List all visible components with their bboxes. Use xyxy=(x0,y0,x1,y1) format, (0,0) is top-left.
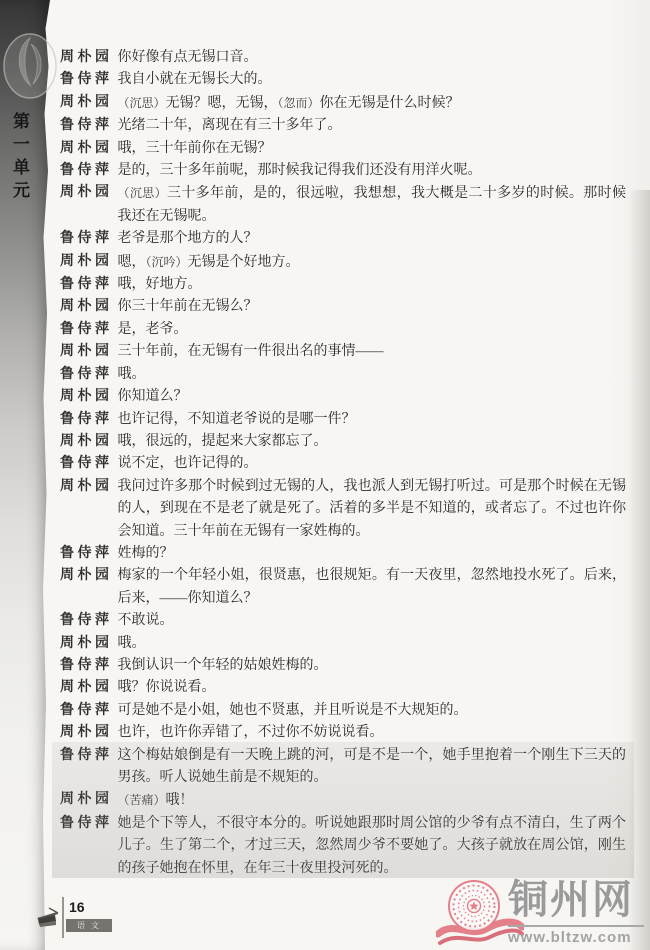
speaker-name: 周朴园 xyxy=(60,722,113,744)
speaker-name: 周朴园 xyxy=(60,251,113,273)
dialogue-row: 周朴园（沉思）三十多年前，是的，很远啦，我想想，我大概是二十多岁的时候。那时候我… xyxy=(60,182,626,228)
dialogue-line: （苦痛）哦！ xyxy=(118,789,627,812)
stage-direction: （沉思） xyxy=(118,186,167,200)
speech-text: 嗯， xyxy=(118,255,146,270)
dialogue-line: 梅家的一个年轻小姐，很贤惠，也很规矩。有一天夜里，忽然地投水死了。后来，后来，—… xyxy=(118,565,627,610)
dialogue-line: 可是她不是小姐，她也不贤惠，并且听说是不大规矩的。 xyxy=(118,700,627,722)
dialogue-line: 哦。 xyxy=(118,364,627,386)
dialogue-row: 鲁侍萍哦，好地方。 xyxy=(60,274,626,296)
dialogue-line: 是的，三十多年前呢，那时候我记得我们还没有用洋火呢。 xyxy=(118,160,627,182)
speech-text: 无锡是个好地方。 xyxy=(188,255,300,270)
dialogue-line: 哦？你说说看。 xyxy=(118,677,627,699)
subject-badge: 语文 xyxy=(66,919,112,932)
dialogue-line: 三十年前，在无锡有一件很出名的事情—— xyxy=(118,341,627,363)
dialogue-row: 周朴园哦。 xyxy=(60,633,626,655)
dialogue-row: 鲁侍萍也许记得，不知道老爷说的是哪一件？ xyxy=(60,409,626,431)
dialogue-row: 周朴园也许，也许你弄错了，不过你不妨说说看。 xyxy=(60,722,626,744)
dialogue-line: 哦，三十年前你在无锡？ xyxy=(118,138,627,160)
speech-text: 无锡？嗯，无锡， xyxy=(166,96,278,111)
dialogue-line: 嗯，（沉吟）无锡是个好地方。 xyxy=(118,251,627,274)
speaker-name: 周朴园 xyxy=(60,789,113,811)
speaker-name: 周朴园 xyxy=(60,138,113,160)
speech-text: 哦。 xyxy=(118,636,146,651)
speaker-name: 鲁侍萍 xyxy=(60,319,113,341)
dialogue-row: 鲁侍萍光绪二十年，离现在有三十多年了。 xyxy=(60,115,626,137)
dialogue-line: 她是个下等人，不很守本分的。听说她跟那时周公馆的少爷有点不清白，生了两个儿子。生… xyxy=(118,813,627,880)
speaker-name: 周朴园 xyxy=(60,47,113,69)
speech-text: 也许，也许你弄错了，不过你不妨说说看。 xyxy=(118,725,384,740)
dialogue-row: 鲁侍萍是的，三十多年前呢，那时候我记得我们还没有用洋火呢。 xyxy=(60,160,626,182)
speaker-name: 鲁侍萍 xyxy=(60,745,113,767)
speech-text: 梅家的一个年轻小姐，很贤惠，也很规矩。有一天夜里，忽然地投水死了。后来，后来，—… xyxy=(118,568,627,605)
speech-text: 老爷是那个地方的人？ xyxy=(118,231,258,246)
stage-direction: （苦痛） xyxy=(118,793,166,807)
speaker-name: 鲁侍萍 xyxy=(60,813,113,835)
dialogue-line: （沉思）无锡？嗯，无锡，（忽而）你在无锡是什么时候？ xyxy=(118,92,627,115)
stage-direction: （沉思） xyxy=(118,96,166,110)
speaker-name: 周朴园 xyxy=(60,386,113,408)
speech-text: 我自小就在无锡长大的。 xyxy=(118,72,272,87)
dialogue-row: 鲁侍萍我倒认识一个年轻的姑娘姓梅的。 xyxy=(60,655,626,677)
watermark-seal-icon xyxy=(446,878,502,939)
speech-text: 这个梅姑娘倒是有一天晚上跳的河，可是不是一个，她手里抱着一个刚生下三天的男孩。听… xyxy=(118,748,627,785)
dialogue-row: 周朴园哦，三十年前你在无锡？ xyxy=(60,138,626,160)
dialogue-line: （沉思）三十多年前，是的，很远啦，我想想，我大概是二十多岁的时候。那时候我还在无… xyxy=(118,182,627,228)
speaker-name: 鲁侍萍 xyxy=(60,610,113,632)
speaker-name: 周朴园 xyxy=(60,476,113,498)
speaker-name: 鲁侍萍 xyxy=(60,69,113,91)
dialogue-row: 鲁侍萍姓梅的？ xyxy=(60,543,626,565)
dialogue-row: 鲁侍萍可是她不是小姐，她也不贤惠，并且听说是不大规矩的。 xyxy=(60,700,626,722)
speech-text: 三十多年前，是的，很远啦，我想想，我大概是二十多岁的时候。那时候我还在无锡呢。 xyxy=(118,186,627,223)
speaker-name: 周朴园 xyxy=(60,92,113,114)
textbook-page: 第一单元 周朴园你好像有点无锡口音。鲁侍萍我自小就在无锡长大的。周朴园（沉思）无… xyxy=(0,0,650,950)
speech-text: 我倒认识一个年轻的姑娘姓梅的。 xyxy=(118,658,328,673)
dialogue-row: 周朴园哦？你说说看。 xyxy=(60,677,626,699)
textbook-logo-icon xyxy=(35,905,61,936)
speaker-name: 鲁侍萍 xyxy=(60,160,113,182)
speech-text: 不敢说。 xyxy=(118,613,174,628)
dialogue-row: 鲁侍萍不敢说。 xyxy=(60,610,626,632)
dialogue-line: 也许记得，不知道老爷说的是哪一件？ xyxy=(118,409,627,431)
speaker-name: 周朴园 xyxy=(60,341,113,363)
speech-text: 姓梅的？ xyxy=(118,546,174,561)
stage-direction: （忽而） xyxy=(278,96,320,110)
page-number: 16 xyxy=(69,899,85,915)
dialogue-row: 鲁侍萍我自小就在无锡长大的。 xyxy=(60,69,626,91)
dialogue-row: 周朴园（沉思）无锡？嗯，无锡，（忽而）你在无锡是什么时候？ xyxy=(60,92,626,115)
speech-text: 你在无锡是什么时候？ xyxy=(320,96,460,111)
dialogue-line: 你知道么？ xyxy=(118,386,627,408)
speaker-name: 鲁侍萍 xyxy=(60,409,113,431)
dialogue-row: 鲁侍萍老爷是那个地方的人？ xyxy=(60,228,626,250)
speech-text: 三十年前，在无锡有一件很出名的事情—— xyxy=(118,344,384,359)
speech-text: 哦，很远的，提起来大家都忘了。 xyxy=(118,434,328,449)
dialogue-line: 也许，也许你弄错了，不过你不妨说说看。 xyxy=(118,722,627,744)
speaker-name: 鲁侍萍 xyxy=(60,274,113,296)
speech-text: 你好像有点无锡口音。 xyxy=(118,50,258,65)
dialogue-line: 光绪二十年，离现在有三十多年了。 xyxy=(118,115,627,137)
speech-text: 哦，好地方。 xyxy=(118,277,202,292)
dialogue-line: 哦，好地方。 xyxy=(118,274,627,296)
unit-title: 第一单元 xyxy=(7,112,32,204)
dialogue-text-block: 周朴园你好像有点无锡口音。鲁侍萍我自小就在无锡长大的。周朴园（沉思）无锡？嗯，无… xyxy=(60,47,626,880)
speech-text: 哦！ xyxy=(166,793,194,808)
dialogue-row: 鲁侍萍说不定，也许记得的。 xyxy=(60,453,626,475)
watermark-site-name: 铜州网 xyxy=(508,878,644,927)
dialogue-line: 不敢说。 xyxy=(118,610,627,632)
speaker-name: 鲁侍萍 xyxy=(60,453,113,475)
footer-divider xyxy=(62,897,64,938)
speaker-name: 周朴园 xyxy=(60,182,113,204)
speaker-name: 鲁侍萍 xyxy=(60,228,113,250)
dialogue-row: 周朴园你三十年前在无锡么？ xyxy=(60,296,626,318)
speaker-name: 鲁侍萍 xyxy=(60,700,113,722)
speech-text: 哦，三十年前你在无锡？ xyxy=(118,141,272,156)
dialogue-row: 周朴园嗯，（沉吟）无锡是个好地方。 xyxy=(60,251,626,274)
dialogue-row: 周朴园你知道么？ xyxy=(60,386,626,408)
speech-text: 是的，三十多年前呢，那时候我记得我们还没有用洋火呢。 xyxy=(118,163,482,178)
dialogue-line: 老爷是那个地方的人？ xyxy=(118,228,627,250)
speech-text: 你三十年前在无锡么？ xyxy=(118,299,258,314)
speaker-name: 周朴园 xyxy=(60,565,113,587)
dialogue-row: 鲁侍萍这个梅姑娘倒是有一天晚上跳的河，可是不是一个，她手里抱着一个刚生下三天的男… xyxy=(60,745,626,790)
speech-text: 你知道么？ xyxy=(118,389,188,404)
dialogue-row: 鲁侍萍哦。 xyxy=(60,364,626,386)
dialogue-line: 哦。 xyxy=(118,633,627,655)
dialogue-row: 周朴园三十年前，在无锡有一件很出名的事情—— xyxy=(60,341,626,363)
dialogue-line: 是，老爷。 xyxy=(118,319,627,341)
speech-text: 她是个下等人，不很守本分的。听说她跟那时周公馆的少爷有点不清白，生了两个儿子。生… xyxy=(118,816,627,876)
dialogue-line: 我问过许多那个时候到过无锡的人，我也派人到无锡打听过。可是那个时候在无锡的人，到… xyxy=(118,476,627,543)
speech-text: 哦。 xyxy=(118,367,146,382)
scan-shadow-right xyxy=(628,190,650,950)
dialogue-row: 周朴园我问过许多那个时候到过无锡的人，我也派人到无锡打听过。可是那个时候在无锡的… xyxy=(60,476,626,543)
dialogue-row: 周朴园梅家的一个年轻小姐，很贤惠，也很规矩。有一天夜里，忽然地投水死了。后来，后… xyxy=(60,565,626,610)
speech-text: 我问过许多那个时候到过无锡的人，我也派人到无锡打听过。可是那个时候在无锡的人，到… xyxy=(118,479,627,539)
watermark: 铜州网 www.bltzw.com xyxy=(436,874,646,948)
speech-text: 光绪二十年，离现在有三十多年了。 xyxy=(118,118,342,133)
speaker-name: 鲁侍萍 xyxy=(60,364,113,386)
speaker-name: 周朴园 xyxy=(60,296,113,318)
publisher-emblem-icon xyxy=(1,30,59,107)
dialogue-line: 这个梅姑娘倒是有一天晚上跳的河，可是不是一个，她手里抱着一个刚生下三天的男孩。听… xyxy=(118,745,627,790)
speaker-name: 周朴园 xyxy=(60,677,113,699)
speech-text: 哦？你说说看。 xyxy=(118,680,216,695)
speaker-name: 鲁侍萍 xyxy=(60,655,113,677)
stage-direction: （沉吟） xyxy=(146,255,188,269)
dialogue-row: 周朴园哦，很远的，提起来大家都忘了。 xyxy=(60,431,626,453)
speaker-name: 鲁侍萍 xyxy=(60,543,113,565)
dialogue-row: 周朴园你好像有点无锡口音。 xyxy=(60,47,626,69)
dialogue-line: 我倒认识一个年轻的姑娘姓梅的。 xyxy=(118,655,627,677)
dialogue-line: 说不定，也许记得的。 xyxy=(118,453,627,475)
speech-text: 可是她不是小姐，她也不贤惠，并且听说是不大规矩的。 xyxy=(118,703,468,718)
speaker-name: 鲁侍萍 xyxy=(60,115,113,137)
dialogue-row: 鲁侍萍她是个下等人，不很守本分的。听说她跟那时周公馆的少爷有点不清白，生了两个儿… xyxy=(60,813,626,880)
speech-text: 说不定，也许记得的。 xyxy=(118,456,258,471)
dialogue-line: 我自小就在无锡长大的。 xyxy=(118,69,627,91)
speech-text: 也许记得，不知道老爷说的是哪一件？ xyxy=(118,412,356,427)
dialogue-line: 你好像有点无锡口音。 xyxy=(118,47,627,69)
dialogue-line: 哦，很远的，提起来大家都忘了。 xyxy=(118,431,627,453)
speaker-name: 周朴园 xyxy=(60,431,113,453)
dialogue-row: 鲁侍萍是，老爷。 xyxy=(60,319,626,341)
speaker-name: 周朴园 xyxy=(60,633,113,655)
dialogue-line: 姓梅的？ xyxy=(118,543,627,565)
dialogue-line: 你三十年前在无锡么？ xyxy=(118,296,627,318)
watermark-site-url: www.bltzw.com xyxy=(508,929,644,946)
dialogue-row: 周朴园（苦痛）哦！ xyxy=(60,789,626,812)
speech-text: 是，老爷。 xyxy=(118,322,188,337)
